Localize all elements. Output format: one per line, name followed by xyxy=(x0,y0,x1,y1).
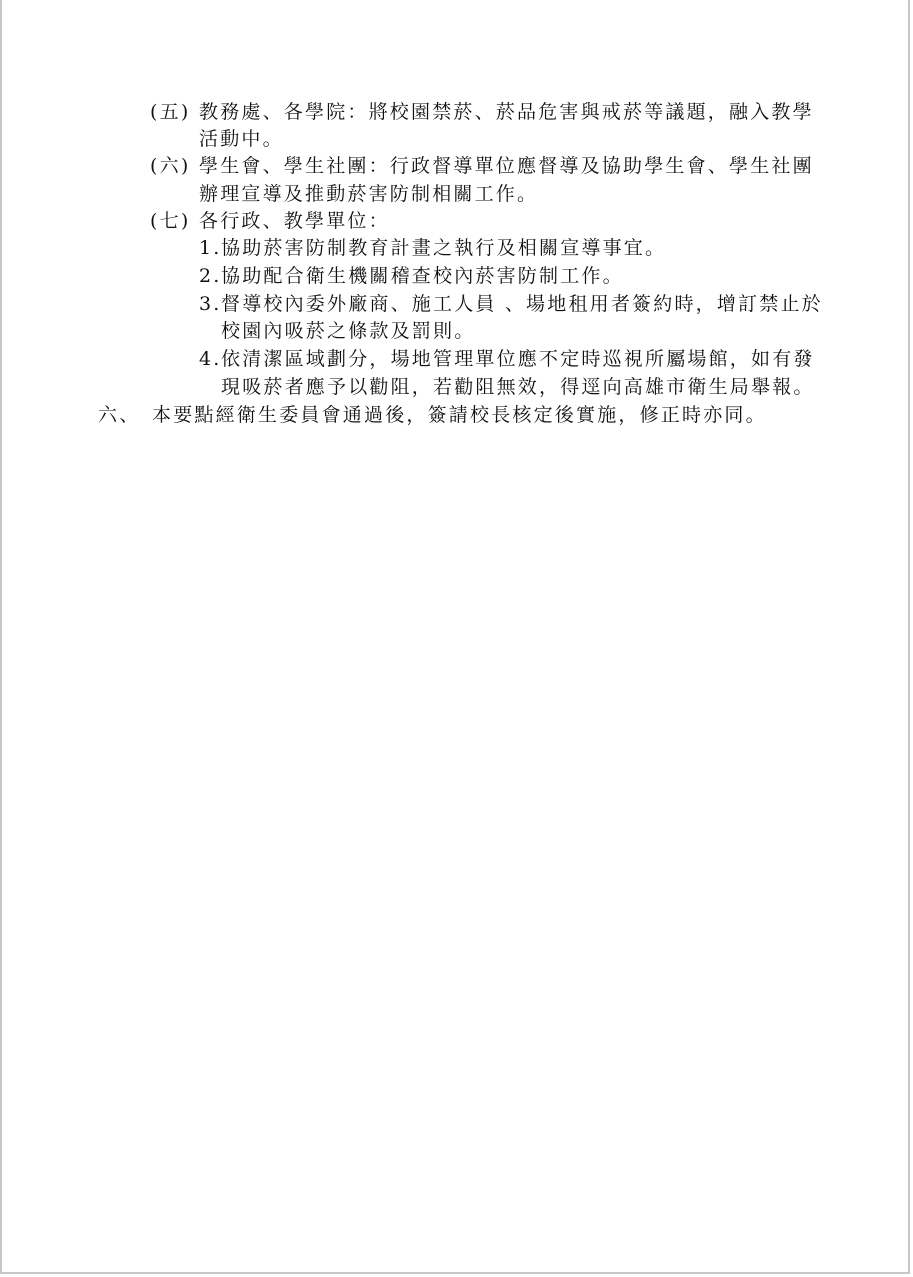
document-page: (五) 教務處、各學院：將校園禁菸、菸品危害與戒菸等議題，融入教學 活動中。 (… xyxy=(0,0,910,1274)
item-number: 2. xyxy=(199,263,222,290)
section-text: 各行政、教學單位： xyxy=(199,208,390,235)
section-text: 教務處、各學院：將校園禁菸、菸品危害與戒菸等議題，融入教學 xyxy=(199,99,814,126)
item-text: 督導校內委外廠商、施工人員 、場地租用者簽約時，增訂禁止於 xyxy=(221,291,823,318)
item-text: 協助配合衛生機關稽查校內菸害防制工作。 xyxy=(221,263,624,290)
section-marker: (五) xyxy=(150,99,190,126)
item-number: 3. xyxy=(199,291,222,318)
item-text-continuation: 現吸菸者應予以勸阻，若勸阻無效，得逕向高雄市衛生局舉報。 xyxy=(221,374,815,401)
section-marker: (七) xyxy=(150,208,190,235)
section-text-continuation: 辦理宣導及推動菸害防制相關工作。 xyxy=(199,181,538,208)
item-number: 1. xyxy=(199,235,222,262)
section-marker: (六) xyxy=(150,153,190,180)
article-text: 本要點經衛生委員會通過後，簽請校長核定後實施，修正時亦同。 xyxy=(152,402,767,429)
article-marker: 六、 xyxy=(98,402,140,429)
section-text: 學生會、學生社團：行政督導單位應督導及協助學生會、學生社團 xyxy=(199,153,814,180)
item-number: 4. xyxy=(199,346,222,373)
item-text-continuation: 校園內吸菸之條款及罰則。 xyxy=(221,318,475,345)
item-text: 依清潔區域劃分，場地管理單位應不定時巡視所屬場館，如有發 xyxy=(221,346,815,373)
item-text: 協助菸害防制教育計畫之執行及相關宣導事宜。 xyxy=(221,235,666,262)
section-text-continuation: 活動中。 xyxy=(199,126,284,153)
